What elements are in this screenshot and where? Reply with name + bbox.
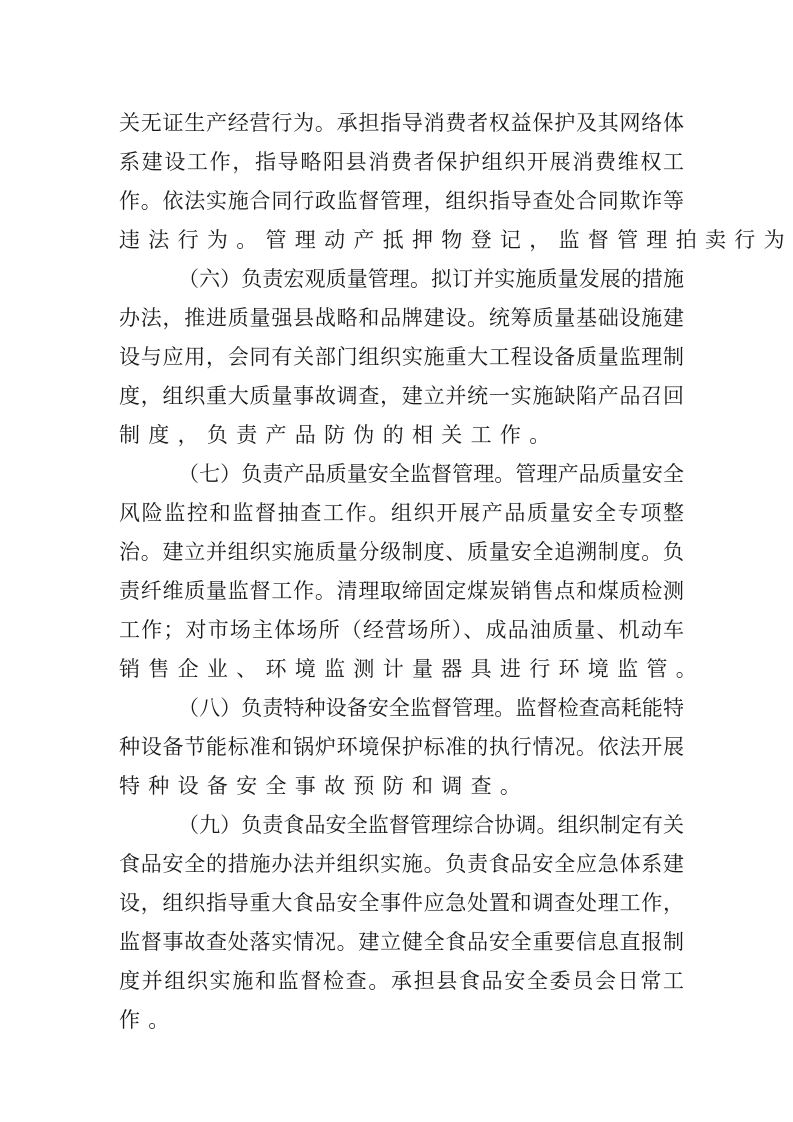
text-line: （七）负责产品质量安全监督管理。管理产品质量安全	[178, 459, 684, 489]
text-line: （八）负责特种设备安全监督管理。监督检查高耗能特	[178, 693, 684, 723]
text-line: 度，组织重大质量事故调查，建立并统一实施缺陷产品召回	[119, 381, 684, 411]
text-line: 工作；对市场主体场所（经营场所）、成品油质量、机动车	[119, 615, 684, 645]
text-line: 制度，负责产品防伪的相关工作。	[119, 420, 684, 450]
text-line: （六）负责宏观质量管理。拟订并实施质量发展的措施	[178, 264, 684, 294]
text-line: 种设备节能标准和锅炉环境保护标准的执行情况。依法开展	[119, 732, 684, 762]
text-line: 度并组织实施和监督检查。承担县食品安全委员会日常工	[119, 966, 684, 996]
text-line: 违法行为。管理动产抵押物登记，监督管理拍卖行为。	[119, 225, 684, 255]
text-line: 销售企业、环境监测计量器具进行环境监管。	[119, 654, 684, 684]
document-page: 关无证生产经营行为。承担指导消费者权益保护及其网络体 系建设工作，指导略阳县消费…	[0, 0, 793, 1122]
text-line: （九）负责食品安全监督管理综合协调。组织制定有关	[178, 810, 684, 840]
text-line: 设与应用，会同有关部门组织实施重大工程设备质量监理制	[119, 342, 684, 372]
text-line: 办法，推进质量强县战略和品牌建设。统筹质量基础设施建	[119, 303, 684, 333]
text-line: 特种设备安全事故预防和调查。	[119, 771, 684, 801]
text-line: 责纤维质量监督工作。清理取缔固定煤炭销售点和煤质检测	[119, 576, 684, 606]
text-line: 系建设工作，指导略阳县消费者保护组织开展消费维权工	[119, 147, 684, 177]
text-line: 食品安全的措施办法并组织实施。负责食品安全应急体系建	[119, 849, 684, 879]
text-line: 作。	[119, 1005, 684, 1035]
text-line: 治。建立并组织实施质量分级制度、质量安全追溯制度。负	[119, 537, 684, 567]
text-line: 设，组织指导重大食品安全事件应急处置和调查处理工作，	[119, 888, 684, 918]
text-line: 风险监控和监督抽查工作。组织开展产品质量安全专项整	[119, 498, 684, 528]
text-line: 监督事故查处落实情况。建立健全食品安全重要信息直报制	[119, 927, 684, 957]
text-line: 作。依法实施合同行政监督管理，组织指导查处合同欺诈等	[119, 186, 684, 216]
text-line: 关无证生产经营行为。承担指导消费者权益保护及其网络体	[119, 108, 684, 138]
